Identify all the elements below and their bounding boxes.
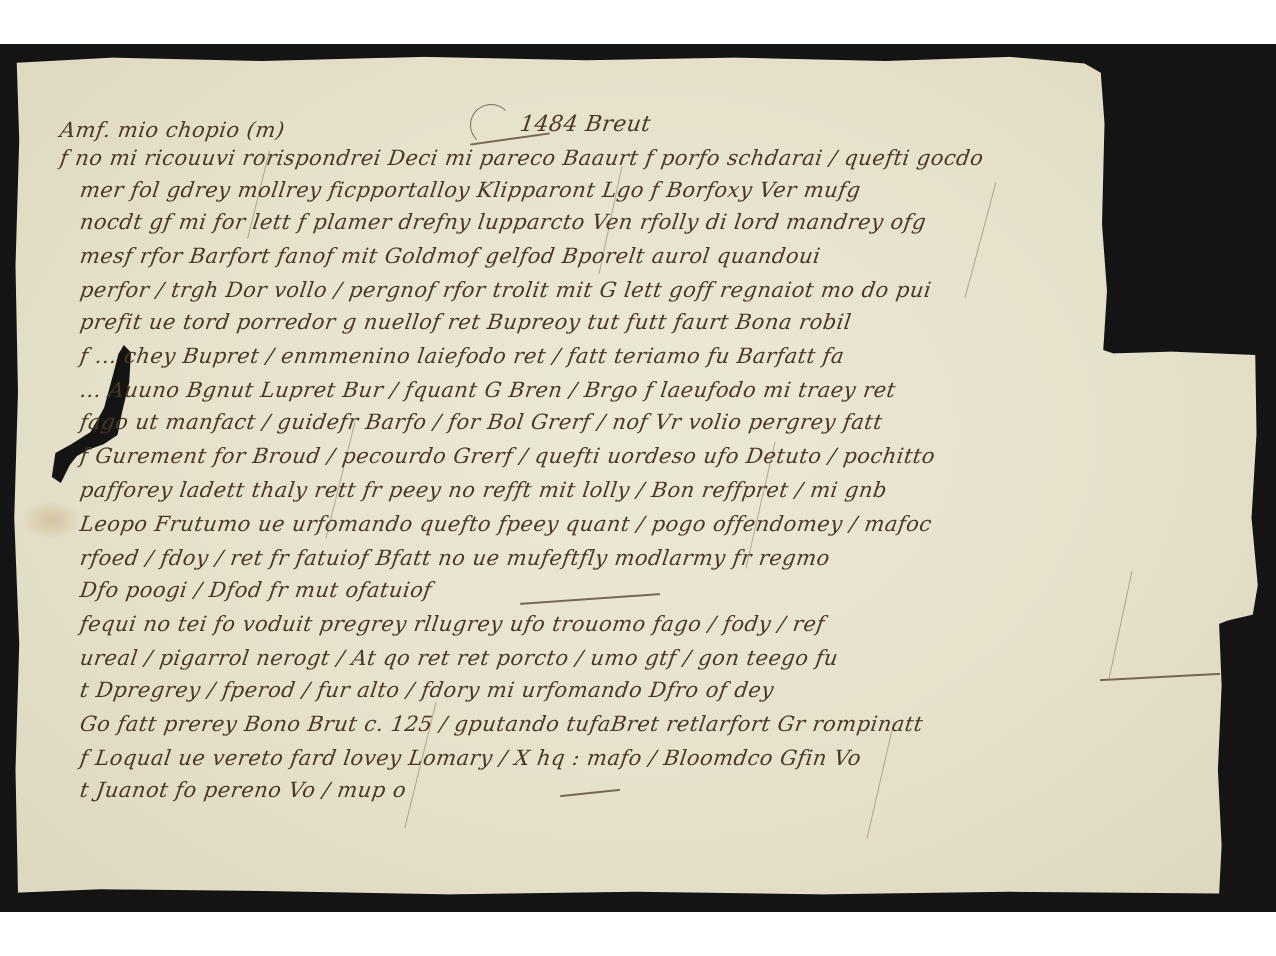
letter-line: f Loqual ue vereto fard lovey Lomary / X…	[79, 748, 863, 769]
letter-line: f ... chey Bupret / enmmenino laiefodo r…	[79, 346, 846, 367]
letter-salutation: Amf. mio chopio (m)	[59, 120, 287, 141]
letter-line: nocdt gf mi for lett f plamer drefny lup…	[79, 212, 928, 233]
letter-line: fago ut manfact / guidefr Barfo / for Bo…	[79, 412, 884, 433]
letter-line: pafforey ladett thaly rett fr peey no re…	[79, 480, 889, 501]
letter-line: rfoed / fdoy / ret fr fatuiof Bfatt no u…	[79, 548, 832, 569]
letter-line: Leopo Frutumo ue urfomando quefto fpeey …	[79, 514, 934, 535]
letter-line: f no mi ricouuvi rorispondrei Deci mi pa…	[59, 148, 985, 169]
letter-line: ureal / pigarrol nerogt / At qo ret ret …	[79, 648, 840, 669]
letter-line: ... Auuno Bgnut Lupret Bur / fquant G Br…	[79, 380, 898, 401]
letter-line: t Dpregrey / fperod / fur alto / fdory m…	[79, 680, 776, 701]
letter-line: prefit ue tord porredor g nuellof ret Bu…	[79, 312, 853, 333]
letter-line: fequi no tei fo voduit pregrey rllugrey …	[79, 614, 827, 635]
letter-line: mesf rfor Barfort fanof mit Goldmof gelf…	[79, 246, 822, 267]
letter-line: perfor / trgh Dor vollo / pergnof rfor t…	[79, 280, 933, 301]
letter-line: mer fol gdrey mollrey ficpportalloy Klip…	[79, 180, 863, 201]
water-stain	[22, 500, 82, 540]
letter-line: Dfo poogi / Dfod fr mut ofatuiof	[79, 580, 434, 601]
letter-line: f Gurement for Broud / pecourdo Grerf / …	[79, 446, 937, 467]
letter-line: Go fatt prerey Bono Brut c. 125 / gputan…	[79, 714, 925, 735]
letter-line: t Juanot fo pereno Vo / mup o	[79, 780, 408, 801]
letter-header-date: 1484 Breut	[518, 114, 652, 136]
